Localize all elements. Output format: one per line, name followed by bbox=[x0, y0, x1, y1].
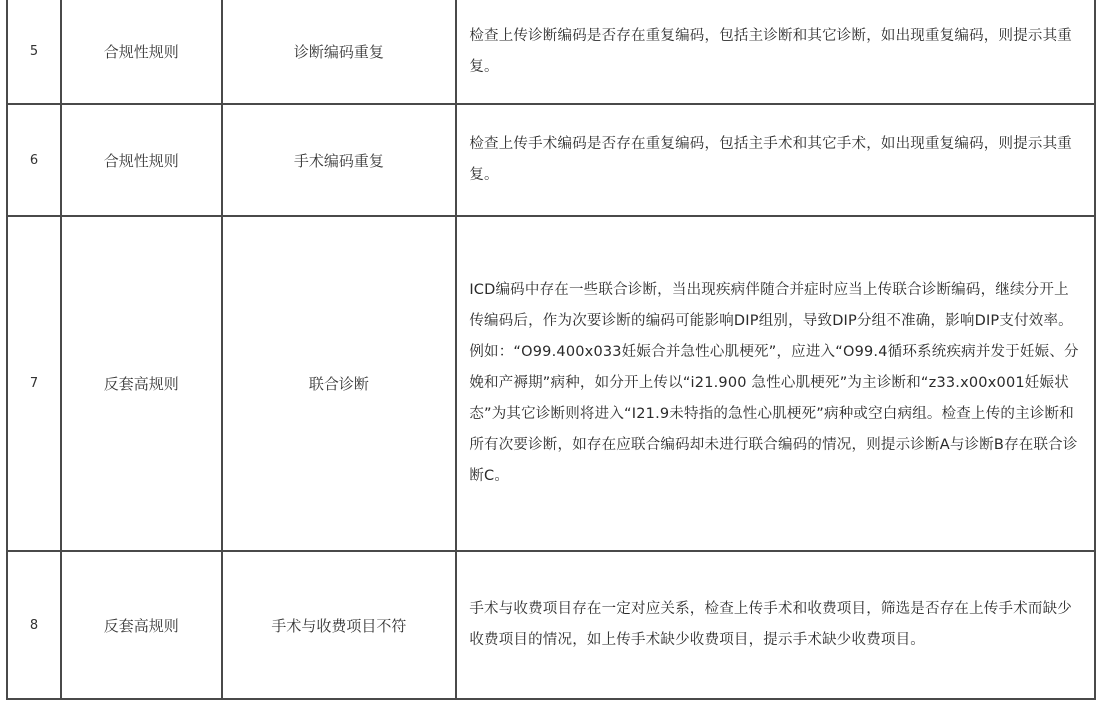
table-row: 5 合规性规则 诊断编码重复 检查上传诊断编码是否存在重复编码，包括主诊断和其它… bbox=[7, 0, 1095, 104]
row-index: 8 bbox=[7, 551, 61, 699]
row-index: 7 bbox=[7, 216, 61, 551]
rule-description: 检查上传手术编码是否存在重复编码，包括主手术和其它手术，如出现重复编码，则提示其… bbox=[456, 104, 1095, 216]
rule-name: 手术与收费项目不符 bbox=[222, 551, 457, 699]
table-row: 6 合规性规则 手术编码重复 检查上传手术编码是否存在重复编码，包括主手术和其它… bbox=[7, 104, 1095, 216]
row-index: 5 bbox=[7, 0, 61, 104]
rule-name: 诊断编码重复 bbox=[222, 0, 457, 104]
rules-table: 5 合规性规则 诊断编码重复 检查上传诊断编码是否存在重复编码，包括主诊断和其它… bbox=[6, 0, 1096, 700]
rule-name: 联合诊断 bbox=[222, 216, 457, 551]
rule-description: 检查上传诊断编码是否存在重复编码，包括主诊断和其它诊断，如出现重复编码，则提示其… bbox=[456, 0, 1095, 104]
row-index: 6 bbox=[7, 104, 61, 216]
rule-description: ICD编码中存在一些联合诊断，当出现疾病伴随合并症时应当上传联合诊断编码，继续分… bbox=[456, 216, 1095, 551]
table-row: 7 反套高规则 联合诊断 ICD编码中存在一些联合诊断，当出现疾病伴随合并症时应… bbox=[7, 216, 1095, 551]
rule-type: 反套高规则 bbox=[61, 551, 222, 699]
rule-type: 合规性规则 bbox=[61, 104, 222, 216]
rule-description: 手术与收费项目存在一定对应关系，检查上传手术和收费项目，筛选是否存在上传手术而缺… bbox=[456, 551, 1095, 699]
rule-name: 手术编码重复 bbox=[222, 104, 457, 216]
table-row: 8 反套高规则 手术与收费项目不符 手术与收费项目存在一定对应关系，检查上传手术… bbox=[7, 551, 1095, 699]
rule-type: 合规性规则 bbox=[61, 0, 222, 104]
rule-type: 反套高规则 bbox=[61, 216, 222, 551]
